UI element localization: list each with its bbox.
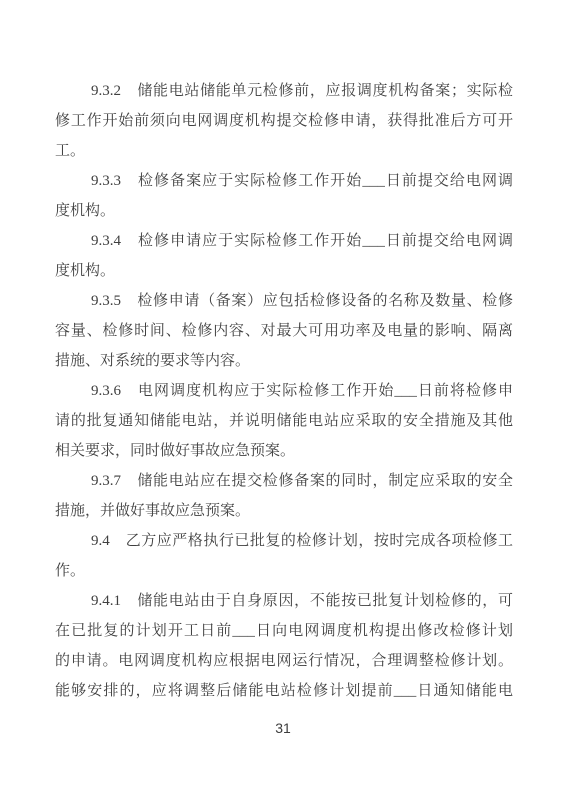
text-line: 度机构。	[55, 256, 513, 286]
text-line: 能够安排的，应将调整后储能电站检修计划提前___日通知储能电	[55, 676, 513, 706]
text-line: 9.3.3 检修备案应于实际检修工作开始___日前提交给电网调	[55, 166, 513, 196]
text-line: 在已批复的计划开工日前___日向电网调度机构提出修改检修计划	[55, 616, 513, 646]
text-line: 修工作开始前须向电网调度机构提交检修申请，获得批准后方可开	[55, 106, 513, 136]
text-line: 的申请。电网调度机构应根据电网运行情况，合理调整检修计划。	[55, 646, 513, 676]
page-number: 31	[0, 720, 566, 736]
text-line: 容量、检修时间、检修内容、对最大可用功率及电量的影响、隔离	[55, 316, 513, 346]
text-line: 工。	[55, 136, 513, 166]
paragraph-9-3-3: 9.3.3 检修备案应于实际检修工作开始___日前提交给电网调 度机构。	[55, 166, 513, 226]
text-line: 9.3.7 储能电站应在提交检修备案的同时，制定应采取的安全	[55, 466, 513, 496]
paragraph-9-3-6: 9.3.6 电网调度机构应于实际检修工作开始___日前将检修申 请的批复通知储能…	[55, 376, 513, 466]
text-line: 度机构。	[55, 196, 513, 226]
text-line: 请的批复通知储能电站，并说明储能电站应采取的安全措施及其他	[55, 406, 513, 436]
paragraph-9-3-5: 9.3.5 检修申请（备案）应包括检修设备的名称及数量、检修 容量、检修时间、检…	[55, 286, 513, 376]
text-line: 9.3.5 检修申请（备案）应包括检修设备的名称及数量、检修	[55, 286, 513, 316]
document-body: 9.3.2 储能电站储能单元检修前，应报调度机构备案；实际检 修工作开始前须向电…	[55, 76, 513, 706]
text-line: 措施、对系统的要求等内容。	[55, 346, 513, 376]
document-page: 9.3.2 储能电站储能单元检修前，应报调度机构备案；实际检 修工作开始前须向电…	[0, 0, 566, 800]
text-line: 相关要求，同时做好事故应急预案。	[55, 436, 513, 466]
text-line: 9.3.6 电网调度机构应于实际检修工作开始___日前将检修申	[55, 376, 513, 406]
paragraph-9-4: 9.4 乙方应严格执行已批复的检修计划，按时完成各项检修工 作。	[55, 526, 513, 586]
text-line: 9.3.2 储能电站储能单元检修前，应报调度机构备案；实际检	[55, 76, 513, 106]
paragraph-9-3-2: 9.3.2 储能电站储能单元检修前，应报调度机构备案；实际检 修工作开始前须向电…	[55, 76, 513, 166]
paragraph-9-3-4: 9.3.4 检修申请应于实际检修工作开始___日前提交给电网调 度机构。	[55, 226, 513, 286]
text-line: 9.4.1 储能电站由于自身原因，不能按已批复计划检修的，可	[55, 586, 513, 616]
paragraph-9-4-1: 9.4.1 储能电站由于自身原因，不能按已批复计划检修的，可 在已批复的计划开工…	[55, 586, 513, 706]
text-line: 9.3.4 检修申请应于实际检修工作开始___日前提交给电网调	[55, 226, 513, 256]
text-line: 作。	[55, 556, 513, 586]
text-line: 9.4 乙方应严格执行已批复的检修计划，按时完成各项检修工	[55, 526, 513, 556]
paragraph-9-3-7: 9.3.7 储能电站应在提交检修备案的同时，制定应采取的安全 措施，并做好事故应…	[55, 466, 513, 526]
text-line: 措施，并做好事故应急预案。	[55, 496, 513, 526]
